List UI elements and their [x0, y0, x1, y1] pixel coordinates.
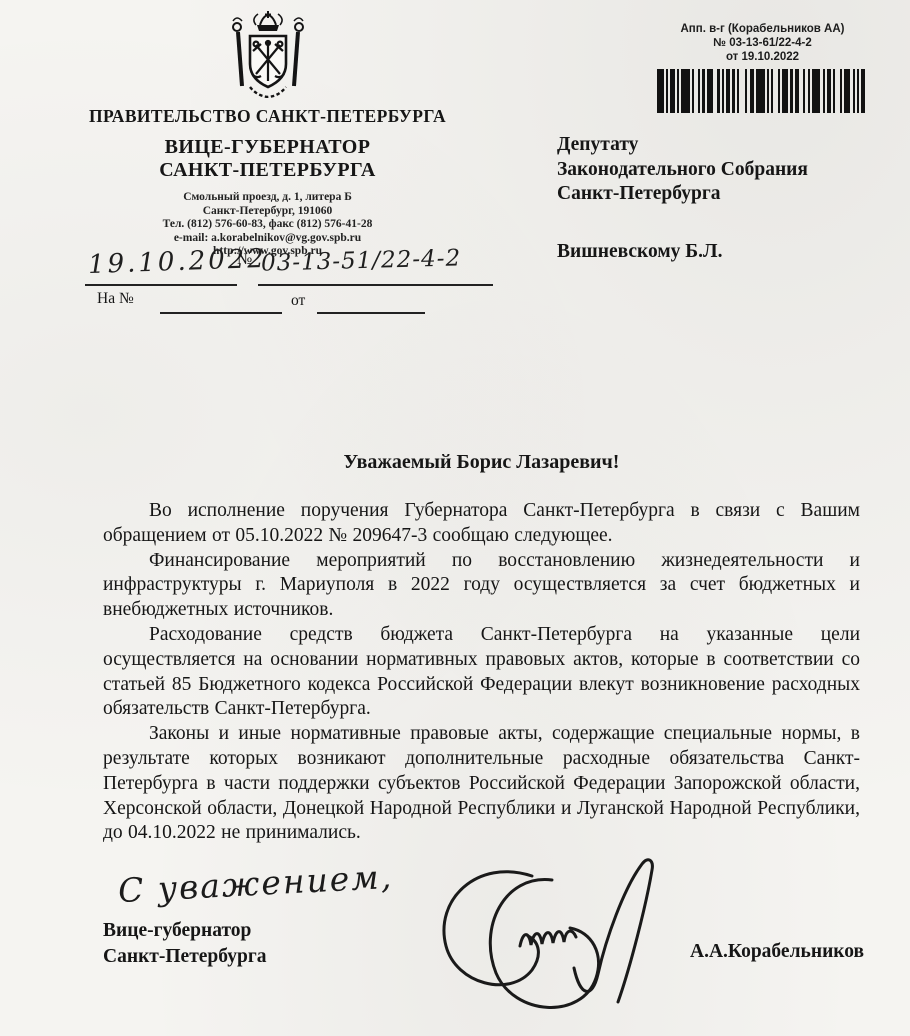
date-underline [85, 284, 237, 286]
address-street: Смольный проезд, д. 1, литера Б [75, 191, 460, 205]
barcode-bar [756, 69, 765, 113]
signer-title-line1: Вице-губернатор [103, 918, 266, 944]
address-email: e-mail: a.korabelnikov@vg.gov.spb.ru [75, 232, 460, 246]
office-title: ВИЦЕ-ГУБЕРНАТОР САНКТ-ПЕТЕРБУРГА [75, 136, 460, 182]
signer-title-line2: Санкт-Петербурга [103, 944, 266, 970]
handwritten-outgoing-number: 03-13-51/22-4-2 [261, 245, 462, 276]
body-paragraph-3: Расходование средств бюджета Санкт-Петер… [103, 623, 860, 722]
recipient-org-line2: Санкт-Петербурга [557, 182, 808, 207]
office-title-line1: ВИЦЕ-ГУБЕРНАТОР [75, 136, 460, 159]
stamp-addressee: Апп. в-г (Корабельников АА) [635, 22, 890, 36]
body-paragraph-4: Законы и иные нормативные правовые акты,… [103, 722, 860, 846]
signer-title: Вице-губернатор Санкт-Петербурга [103, 918, 266, 970]
letterhead: ПРАВИТЕЛЬСТВО САНКТ-ПЕТЕРБУРГА ВИЦЕ-ГУБЕ… [75, 10, 460, 259]
barcode [635, 69, 890, 113]
number-sign-label: № [237, 251, 252, 269]
barcode-bar [681, 69, 690, 113]
reply-from-label: от [291, 292, 305, 310]
registration-stamp: Апп. в-г (Корабельников АА) № 03-13-61/2… [635, 22, 890, 113]
letter-body: Во исполнение поручения Губернатора Санк… [103, 499, 860, 846]
recipient-name: Вишневскому Б.Л. [557, 240, 808, 265]
stamp-number: № 03-13-61/22-4-2 [635, 36, 890, 50]
reply-to-number-label: На № [97, 290, 134, 308]
address-phone: Тел. (812) 576-60-83, факс (812) 576-41-… [75, 218, 460, 232]
salutation: Уважаемый Борис Лазаревич! [103, 451, 860, 474]
reply-date-blank-underline [317, 312, 425, 314]
reply-number-blank-underline [160, 312, 282, 314]
saint-petersburg-coat-of-arms-icon [226, 10, 310, 103]
recipient-block: Депутату Законодательного Собрания Санкт… [557, 133, 808, 264]
number-underline [258, 284, 493, 286]
government-title: ПРАВИТЕЛЬСТВО САНКТ-ПЕТЕРБУРГА [75, 106, 460, 127]
barcode-bar [812, 69, 821, 113]
body-paragraph-1: Во исполнение поручения Губернатора Санк… [103, 499, 860, 549]
stamp-date: от 19.10.2022 [635, 50, 890, 64]
signature-flourish-icon [422, 856, 692, 1029]
office-title-line2: САНКТ-ПЕТЕРБУРГА [75, 159, 460, 182]
handwritten-closing: С уважением, [117, 857, 394, 910]
body-paragraph-2: Финансирование мероприятий по восстановл… [103, 549, 860, 623]
signer-name: А.А.Корабельников [690, 941, 864, 963]
recipient-role: Депутату [557, 133, 808, 158]
barcode-bar [865, 69, 867, 113]
scanned-letter-page: { "page": { "paper_color": "#f5f4f1", "i… [0, 0, 910, 1036]
address-city: Санкт-Петербург, 191060 [75, 205, 460, 219]
recipient-org-line1: Законодательного Собрания [557, 158, 808, 183]
